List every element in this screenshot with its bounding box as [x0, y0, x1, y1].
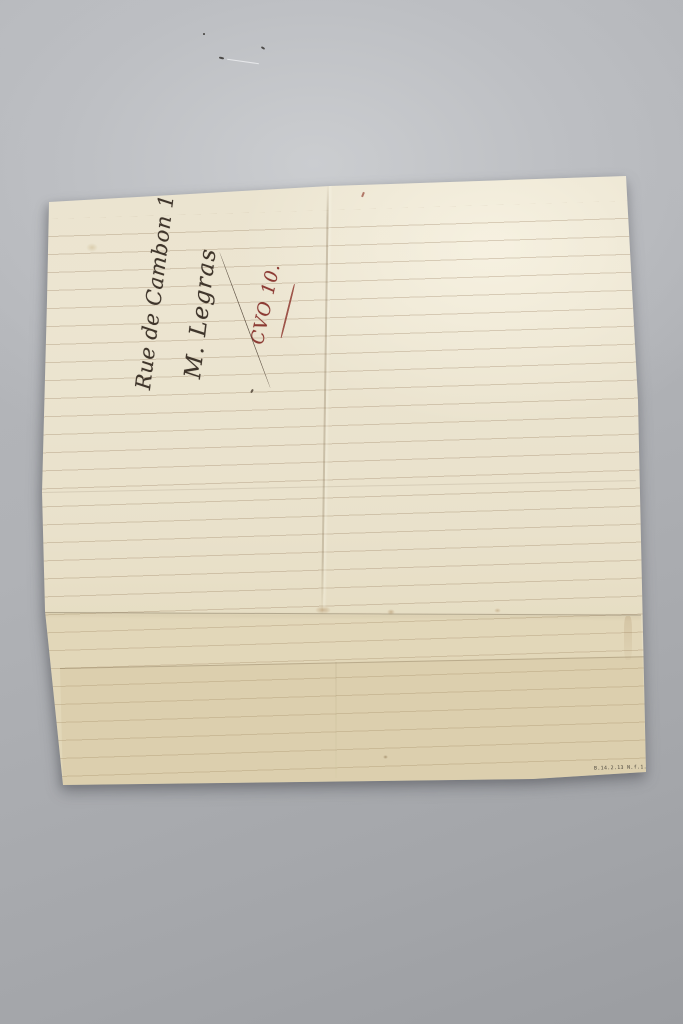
stain-spot: [86, 243, 98, 252]
paper-sheet: Rue de Cambon 10 M. Legras CVO 10. B.14.…: [0, 0, 683, 1024]
stain-streak: [624, 616, 632, 660]
stain-spot: [387, 609, 395, 615]
stain-spot: [383, 755, 388, 759]
stain-spot: [494, 608, 501, 613]
paper-shadow-wrapper: Rue de Cambon 10 M. Legras CVO 10. B.14.…: [0, 0, 683, 1024]
stain-spot: [315, 606, 331, 614]
small-red-mark: [361, 192, 364, 197]
photo-of-document: Rue de Cambon 10 M. Legras CVO 10. B.14.…: [0, 0, 683, 1024]
